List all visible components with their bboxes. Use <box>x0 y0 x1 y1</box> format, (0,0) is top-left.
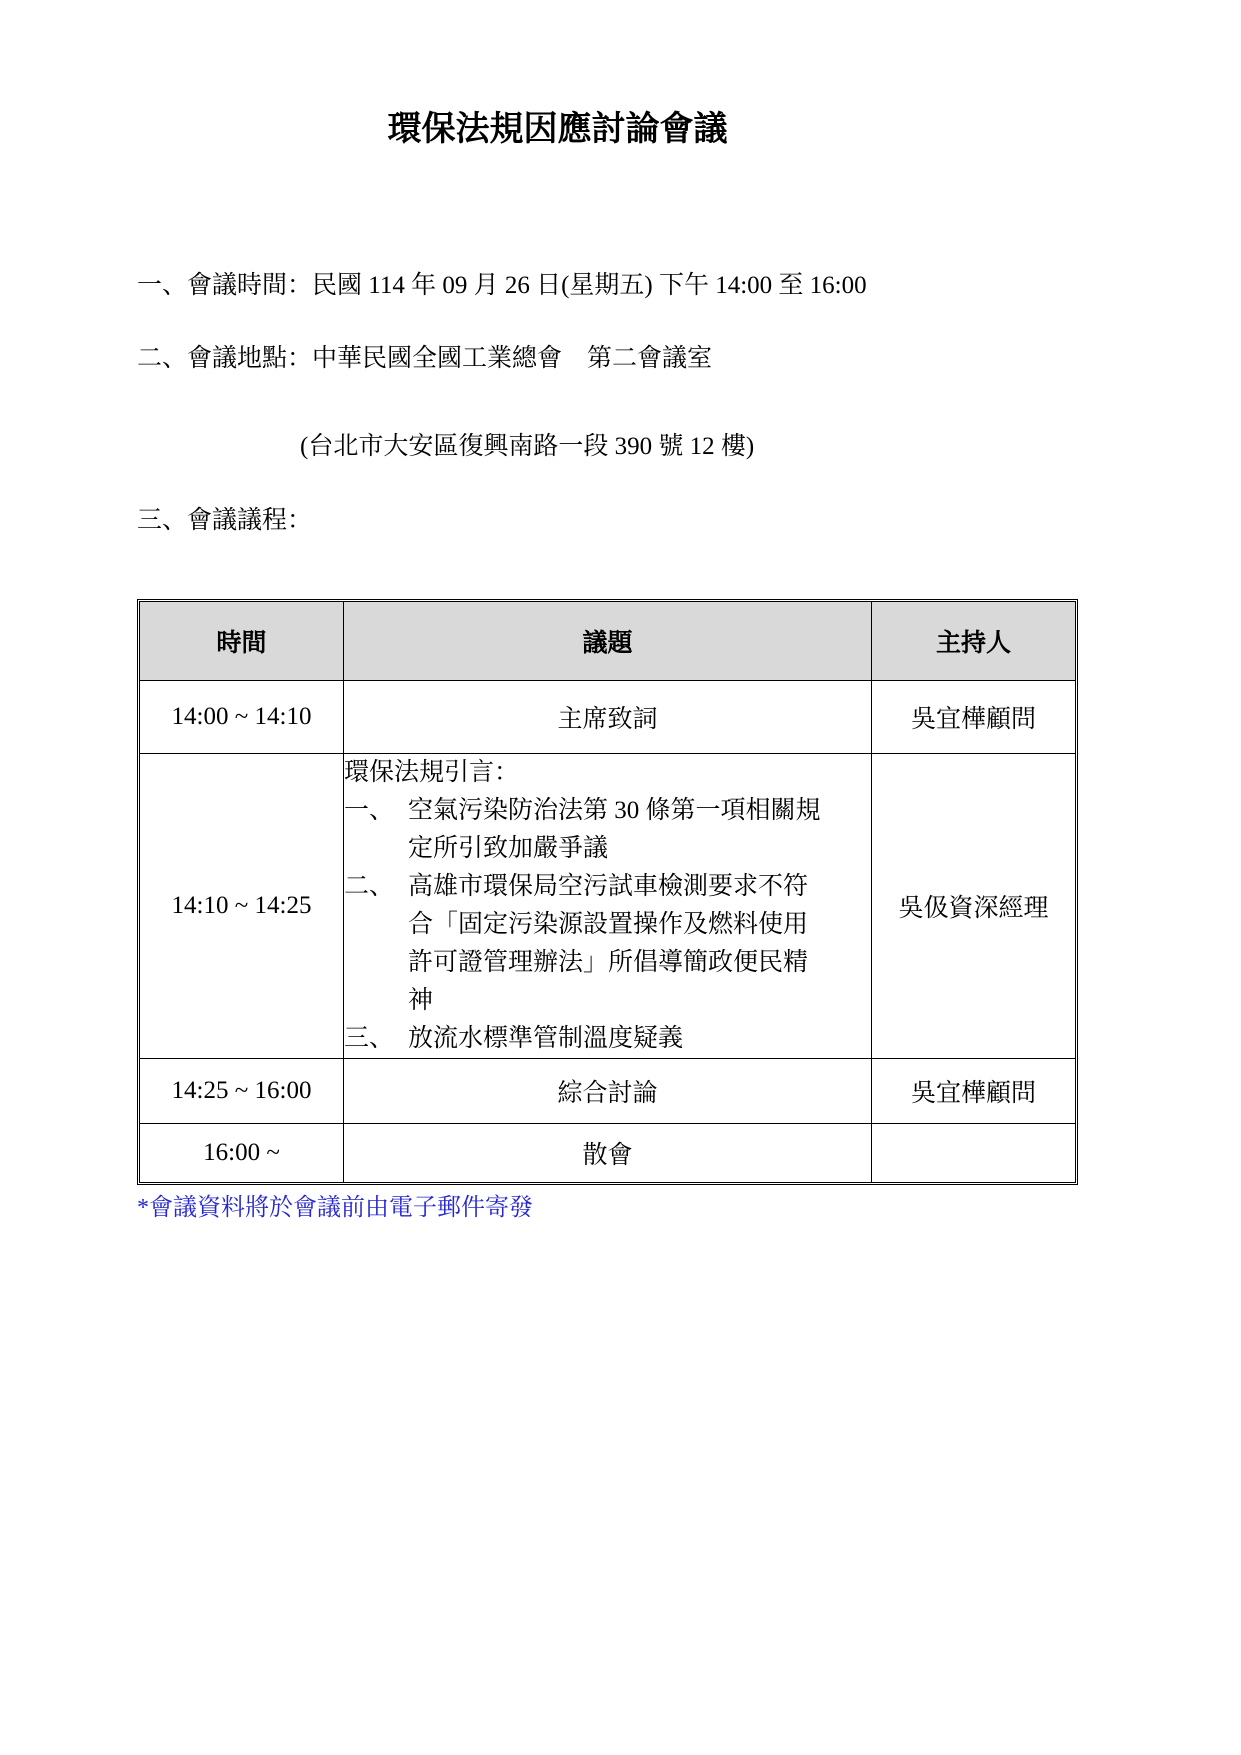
page-title: 環保法規因應討論會議 <box>137 0 978 156</box>
cell-host: 吳宜樺顧問 <box>872 1059 1076 1124</box>
table-row: 14:25 ~ 16:00 綜合討論 吳宜樺顧問 <box>140 1059 1076 1124</box>
table-row: 14:00 ~ 14:10 主席致詞 吳宜樺顧問 <box>140 681 1076 754</box>
agenda-table: 時間 議題 主持人 14:00 ~ 14:10 主席致詞 吳宜樺顧問 14:10… <box>137 599 1078 1185</box>
meeting-location-address: (台北市大安區復興南路一段 390 號 12 樓) <box>137 429 1078 465</box>
meeting-time-line: 一、會議時間：民國 114 年 09 月 26 日(星期五) 下午 14:00 … <box>137 268 1078 304</box>
cell-topic: 主席致詞 <box>344 681 872 754</box>
cell-host <box>872 1124 1076 1183</box>
topic-intro: 環保法規引言： <box>344 754 871 792</box>
cell-host: 吳宜樺顧問 <box>872 681 1076 754</box>
cell-topic: 環保法規引言： 一、 空氣污染防治法第 30 條第一項相關規定所引致加嚴爭議 二… <box>344 754 872 1059</box>
footnote-email-notice: *會議資料將於會議前由電子郵件寄發 <box>137 1191 1078 1225</box>
document-content: 環保法規因應討論會議 一、會議時間：民國 114 年 09 月 26 日(星期五… <box>137 0 1078 1225</box>
meeting-agenda-label: 三、會議議程： <box>137 503 1078 539</box>
topic-item: 二、 高雄市環保局空污試車檢測要求不符合「固定污染源設置操作及燃料使用許可證管理… <box>344 868 871 1020</box>
column-header-time: 時間 <box>140 602 344 681</box>
topic-item-text: 放流水標準管制溫度疑義 <box>408 1020 683 1058</box>
topic-item: 一、 空氣污染防治法第 30 條第一項相關規定所引致加嚴爭議 <box>344 792 871 868</box>
topic-item: 三、 放流水標準管制溫度疑義 <box>344 1020 871 1058</box>
topic-item-text: 空氣污染防治法第 30 條第一項相關規定所引致加嚴爭議 <box>408 792 828 868</box>
table-row: 16:00 ~ 散會 <box>140 1124 1076 1183</box>
cell-time: 14:00 ~ 14:10 <box>140 681 344 754</box>
header-row: 時間 議題 主持人 <box>140 602 1076 681</box>
document-page: 環保法規因應討論會議 一、會議時間：民國 114 年 09 月 26 日(星期五… <box>0 0 1241 1755</box>
topic-item-number: 一、 <box>344 792 408 868</box>
meeting-location-line: 二、會議地點：中華民國全國工業總會 第二會議室 <box>137 341 1078 377</box>
agenda-table-header: 時間 議題 主持人 <box>140 602 1076 681</box>
topic-item-number: 三、 <box>344 1020 408 1058</box>
table-row: 14:10 ~ 14:25 環保法規引言： 一、 空氣污染防治法第 30 條第一… <box>140 754 1076 1059</box>
topic-item-text: 高雄市環保局空污試車檢測要求不符合「固定污染源設置操作及燃料使用許可證管理辦法」… <box>408 868 828 1020</box>
cell-time: 16:00 ~ <box>140 1124 344 1183</box>
cell-time: 14:10 ~ 14:25 <box>140 754 344 1059</box>
column-header-host: 主持人 <box>872 602 1076 681</box>
topic-item-number: 二、 <box>344 868 408 1020</box>
agenda-table-grid: 時間 議題 主持人 14:00 ~ 14:10 主席致詞 吳宜樺顧問 14:10… <box>139 601 1076 1183</box>
cell-host: 吳伋資深經理 <box>872 754 1076 1059</box>
cell-time: 14:25 ~ 16:00 <box>140 1059 344 1124</box>
column-header-topic: 議題 <box>344 602 872 681</box>
cell-topic: 綜合討論 <box>344 1059 872 1124</box>
cell-topic: 散會 <box>344 1124 872 1183</box>
